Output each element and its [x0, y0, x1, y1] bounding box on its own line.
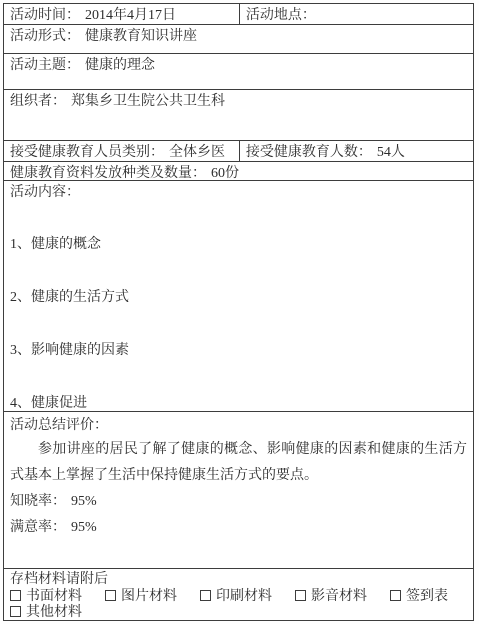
checkbox-label: 书面材料: [26, 589, 82, 604]
checkbox-signin-sheet[interactable]: 签到表: [390, 589, 448, 604]
checkbox-square-icon[interactable]: [295, 590, 306, 601]
field-materials: 健康教育资料发放种类及数量：60份: [4, 162, 473, 181]
audience-type-label: 接受健康教育人员类别：: [10, 145, 164, 160]
field-activity-place: 活动地点：郑集乡卫生院健康教育室: [240, 4, 473, 24]
document-page: 活动时间：2014年4月17日 活动地点：郑集乡卫生院健康教育室 活动形式：健康…: [0, 0, 479, 624]
field-audience-count: 接受健康教育人数：54人: [240, 141, 473, 161]
section-activity-content: 活动内容： 1、健康的概念 2、健康的生活方式 3、影响健康的因素 4、健康促进: [4, 181, 473, 412]
activity-time-label: 活动时间：: [10, 8, 80, 23]
organizer-label: 组织者：: [10, 94, 66, 109]
checkbox-square-icon[interactable]: [10, 606, 21, 617]
checkbox-square-icon[interactable]: [105, 590, 116, 601]
organizer-value: 郑集乡卫生院公共卫生科: [71, 94, 225, 109]
satisfaction-rate-value: 95%: [71, 520, 97, 535]
archive-title: 存档材料请附后: [10, 572, 467, 588]
summary-paragraph: 参加讲座的居民了解了健康的概念、影响健康的因素和健康的生活方式基本上掌握了生活中…: [10, 437, 467, 489]
activity-form-label: 活动形式：: [10, 29, 80, 44]
checkbox-label: 印刷材料: [216, 589, 272, 604]
audience-count-value: 54人: [377, 145, 405, 160]
field-activity-time: 活动时间：2014年4月17日: [4, 4, 240, 24]
field-audience-type: 接受健康教育人员类别：全体乡医: [4, 141, 240, 161]
section-archive: 存档材料请附后 书面材料 图片材料 印刷材料 影音材料 签到表 其他材料: [4, 569, 473, 620]
awareness-rate-line: 知晓率：95%: [10, 489, 467, 515]
summary-label: 活动总结评价：: [10, 415, 467, 437]
content-item-4: 4、健康促进: [10, 394, 467, 412]
activity-theme-value: 健康的理念: [85, 58, 155, 73]
checkbox-audiovisual-materials[interactable]: 影音材料: [295, 589, 367, 604]
field-activity-theme: 活动主题：健康的理念: [4, 54, 473, 90]
activity-record-table: 活动时间：2014年4月17日 活动地点：郑集乡卫生院健康教育室 活动形式：健康…: [3, 3, 474, 621]
checkbox-printed-materials[interactable]: 印刷材料: [200, 589, 272, 604]
checkbox-picture-materials[interactable]: 图片材料: [105, 589, 177, 604]
checkbox-square-icon[interactable]: [10, 590, 21, 601]
content-item-1: 1、健康的概念: [10, 235, 467, 255]
materials-value: 60份: [211, 166, 239, 181]
audience-type-value: 全体乡医: [169, 145, 225, 160]
activity-theme-label: 活动主题：: [10, 58, 80, 73]
row-audience: 接受健康教育人员类别：全体乡医 接受健康教育人数：54人: [4, 141, 473, 162]
checkbox-label: 签到表: [406, 589, 448, 604]
checkbox-square-icon[interactable]: [390, 590, 401, 601]
checkbox-label: 其他材料: [26, 605, 82, 620]
awareness-rate-value: 95%: [71, 494, 97, 509]
awareness-rate-label: 知晓率：: [10, 494, 66, 509]
activity-content-label: 活动内容：: [10, 184, 467, 202]
activity-place-label: 活动地点：: [246, 8, 316, 23]
archive-options-row1: 书面材料 图片材料 印刷材料 影音材料 签到表: [10, 589, 467, 604]
checkbox-label: 图片材料: [121, 589, 177, 604]
field-activity-form: 活动形式：健康教育知识讲座: [4, 25, 473, 54]
archive-options-row2: 其他材料: [10, 605, 467, 620]
checkbox-square-icon[interactable]: [200, 590, 211, 601]
content-item-2: 2、健康的生活方式: [10, 288, 467, 308]
satisfaction-rate-label: 满意率：: [10, 520, 66, 535]
activity-time-value: 2014年4月17日: [85, 8, 176, 23]
checkbox-other-materials[interactable]: 其他材料: [10, 605, 82, 620]
section-summary: 活动总结评价： 参加讲座的居民了解了健康的概念、影响健康的因素和健康的生活方式基…: [4, 412, 473, 569]
audience-count-label: 接受健康教育人数：: [246, 145, 372, 160]
activity-form-value: 健康教育知识讲座: [85, 29, 197, 44]
materials-label: 健康教育资料发放种类及数量：: [10, 166, 206, 181]
row-time-place: 活动时间：2014年4月17日 活动地点：郑集乡卫生院健康教育室: [4, 4, 473, 25]
content-item-3: 3、影响健康的因素: [10, 341, 467, 361]
satisfaction-rate-line: 满意率：95%: [10, 515, 467, 541]
checkbox-written-materials[interactable]: 书面材料: [10, 589, 82, 604]
field-organizer: 组织者：郑集乡卫生院公共卫生科: [4, 90, 473, 141]
checkbox-label: 影音材料: [311, 589, 367, 604]
